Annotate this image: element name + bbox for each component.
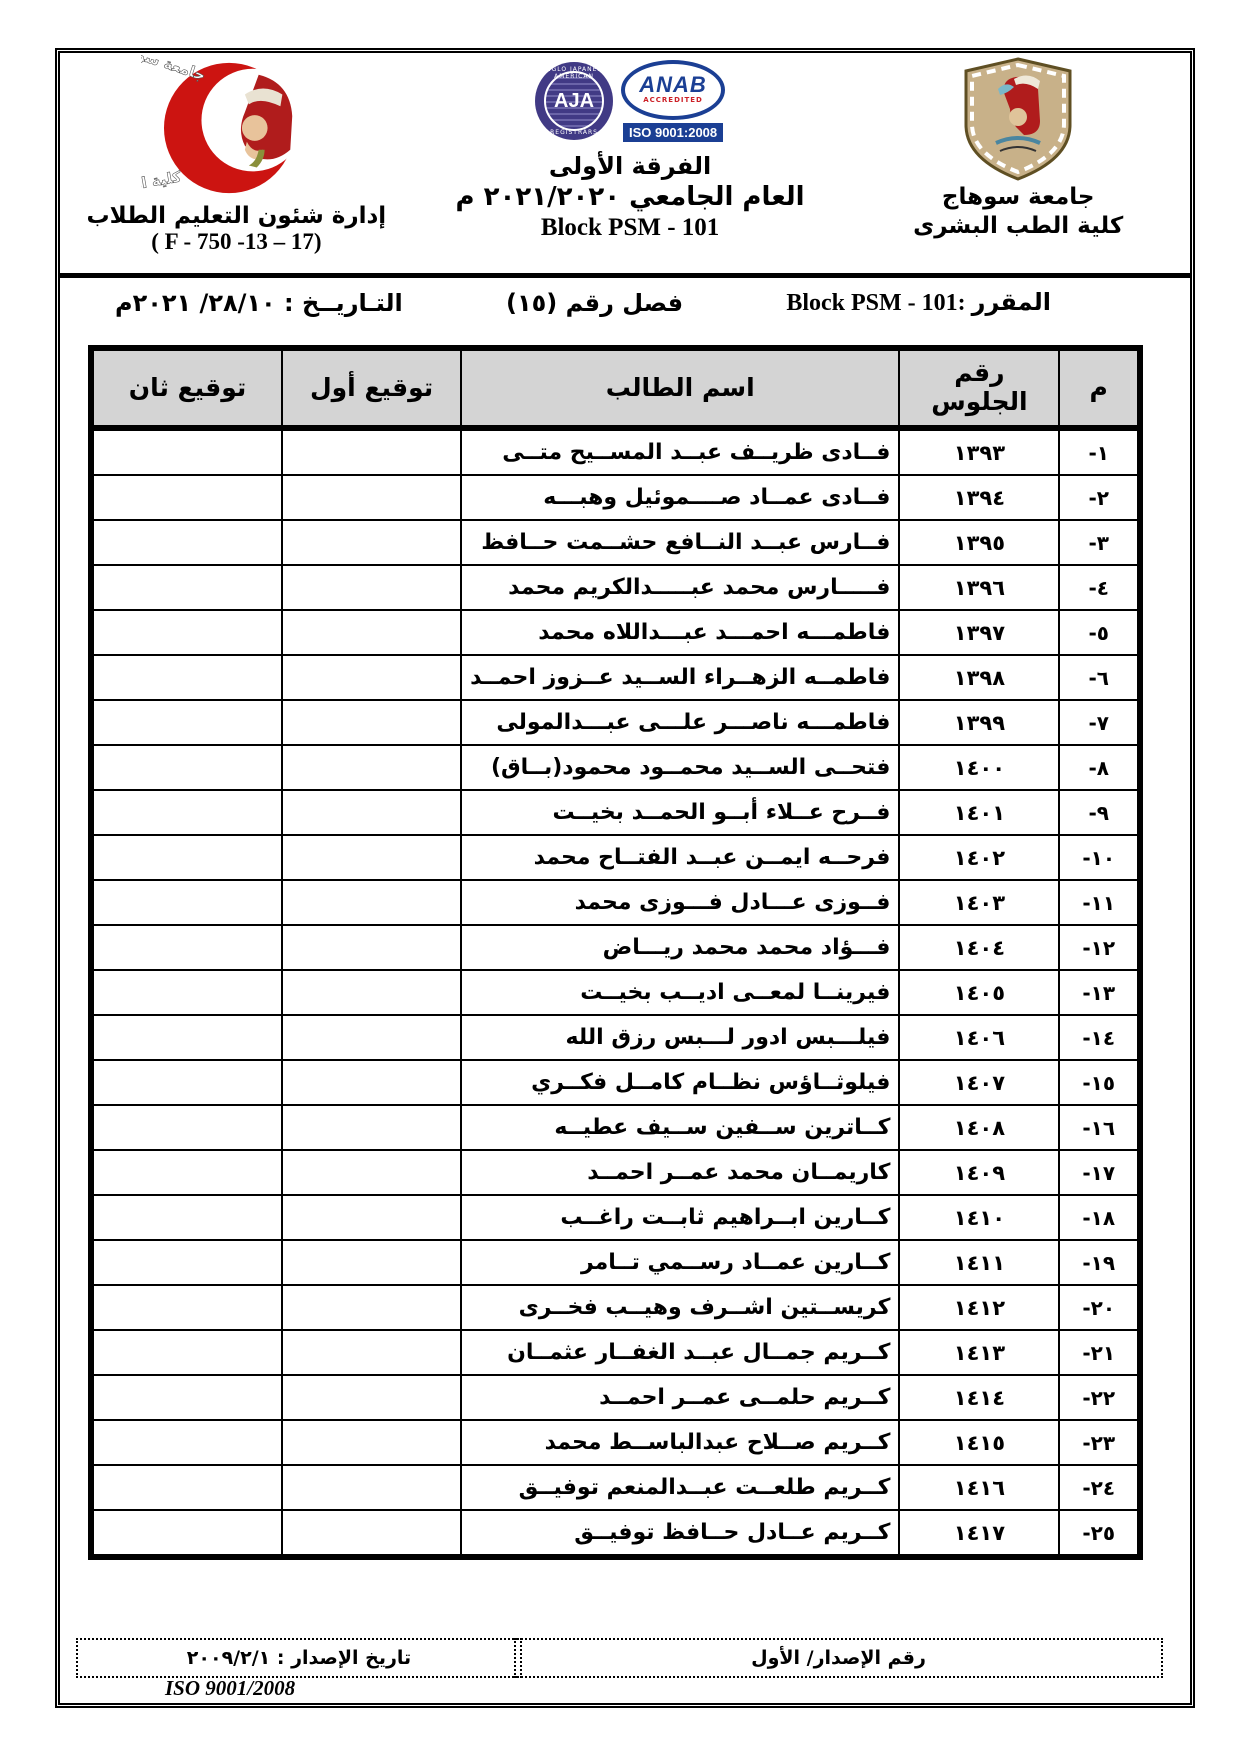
row-number-cell: ١٨-	[1059, 1195, 1140, 1240]
seat-number-cell: ١٤٠٦	[899, 1015, 1059, 1060]
faculty-name: كلية الطب البشرى	[913, 212, 1123, 241]
seat-number-cell: ١٤١٤	[899, 1375, 1059, 1420]
row-number-cell: ١٣-	[1059, 970, 1140, 1015]
first-signature-cell	[282, 565, 461, 610]
grade-title: الفرقة الأولى	[549, 151, 711, 182]
course-label: المقرر :Block PSM - 101	[786, 288, 1051, 317]
student-name-cell: فيلوثــاؤس نظــام كامــل فكــري	[461, 1060, 899, 1105]
anab-word: ANAB	[639, 74, 707, 96]
first-signature-cell	[282, 1465, 461, 1510]
row-number-cell: ٥-	[1059, 610, 1140, 655]
student-name-cell: كــريم حلمــى عمــر احمــد	[461, 1375, 899, 1420]
row-number-cell: ٢٠-	[1059, 1285, 1140, 1330]
seat-number-cell: ١٤٠٨	[899, 1105, 1059, 1150]
student-name-cell: فـــؤاد محمد محمد ريـــاض	[461, 925, 899, 970]
student-name-cell: كــريم طلعــت عبــدالمنعم توفيــق	[461, 1465, 899, 1510]
aja-word: AJA	[554, 90, 594, 113]
row-number-cell: ١٦-	[1059, 1105, 1140, 1150]
row-number-cell: ١٢-	[1059, 925, 1140, 970]
student-name-cell: فاطمـــه احمـــد عبـــداللاه محمد	[461, 610, 899, 655]
table-row: ٥- ١٣٩٧ فاطمـــه احمـــد عبـــداللاه محم…	[91, 610, 1140, 655]
table-row: ١٩- ١٤١١ كــارين عمــاد رســمي تــامر	[91, 1240, 1140, 1285]
section-label: فصل رقم (١٥)	[506, 289, 683, 317]
first-signature-cell	[282, 475, 461, 520]
first-signature-cell	[282, 700, 461, 745]
table-row: ٢- ١٣٩٤ فــادى عمــاد صــــموئيل وهبـــه	[91, 475, 1140, 520]
issue-number-box: رقم الإصدار/ الأول	[514, 1638, 1163, 1678]
second-signature-cell	[91, 655, 282, 700]
seat-number-cell: ١٤١١	[899, 1240, 1059, 1285]
iso-standard-label: ISO 9001/2008	[165, 1676, 295, 1701]
second-signature-cell	[91, 565, 282, 610]
table-row: ٦- ١٣٩٨ فاطمــه الزهــراء الســيد عــزوز…	[91, 655, 1140, 700]
table-row: ١٥- ١٤٠٧ فيلوثــاؤس نظــام كامــل فكــري	[91, 1060, 1140, 1105]
seat-number-cell: ١٣٩٣	[899, 428, 1059, 475]
svg-text:كلية الطب: كلية الطب	[141, 168, 183, 198]
course-info-row: المقرر :Block PSM - 101 فصل رقم (١٥) الت…	[115, 288, 1051, 317]
second-signature-cell	[91, 475, 282, 520]
first-signature-cell	[282, 1150, 461, 1195]
row-number-cell: ٢٥-	[1059, 1510, 1140, 1557]
second-signature-cell	[91, 790, 282, 835]
student-name-cell: فـــــارس محمد عبـــــدالكريم محمد	[461, 565, 899, 610]
first-signature-cell	[282, 1510, 461, 1557]
seat-number-cell: ١٣٩٤	[899, 475, 1059, 520]
second-signature-cell	[91, 520, 282, 565]
table-row: ١٨- ١٤١٠ كــارين ابــراهيم ثابــت راغــب	[91, 1195, 1140, 1240]
col-header-sig2: توقيع ثان	[91, 348, 282, 428]
student-name-cell: كــريم صــلاح عبدالباســط محمد	[461, 1420, 899, 1465]
student-name-cell: كريســتين اشــرف وهيــب فخــرى	[461, 1285, 899, 1330]
student-name-cell: فرحــه ايمــن عبــد الفتــاح محمد	[461, 835, 899, 880]
anab-iso-label: ISO 9001:2008	[623, 123, 723, 142]
seat-number-cell: ١٤١٥	[899, 1420, 1059, 1465]
first-signature-cell	[282, 1330, 461, 1375]
second-signature-cell	[91, 428, 282, 475]
table-row: ٨- ١٤٠٠ فتحــى الســيد محمــود محمود(بــ…	[91, 745, 1140, 790]
seat-number-cell: ١٤٠٢	[899, 835, 1059, 880]
student-name-cell: فــارس عبــد النــافع حشــمت حــافظ	[461, 520, 899, 565]
svg-text:جامعة سوهاج: جامعة سوهاج	[141, 55, 207, 84]
second-signature-cell	[91, 1195, 282, 1240]
row-number-cell: ١٥-	[1059, 1060, 1140, 1105]
certification-logos: ANAB ACCREDITED ISO 9001:2008 ANGLO JAPA…	[535, 55, 725, 147]
first-signature-cell	[282, 1240, 461, 1285]
header-right-block: جامعة سوهاج كلية الطب البشرى	[857, 55, 1179, 255]
second-signature-cell	[91, 835, 282, 880]
col-header-no: م	[1059, 348, 1140, 428]
student-roster-table: م رقم الجلوس اسم الطالب توقيع أول توقيع …	[88, 345, 1143, 1560]
second-signature-cell	[91, 925, 282, 970]
row-number-cell: ٢٣-	[1059, 1420, 1140, 1465]
seat-number-cell: ١٣٩٦	[899, 565, 1059, 610]
table-row: ٢٥- ١٤١٧ كــريم عــادل حــافظ توفيــق	[91, 1510, 1140, 1557]
second-signature-cell	[91, 1420, 282, 1465]
row-number-cell: ٩-	[1059, 790, 1140, 835]
first-signature-cell	[282, 970, 461, 1015]
row-number-cell: ٢-	[1059, 475, 1140, 520]
table-row: ٢١- ١٤١٣ كــريم جمــال عبــد الغفــار عث…	[91, 1330, 1140, 1375]
form-code-label: ( F - 750 -13 – 17)	[151, 229, 321, 255]
second-signature-cell	[91, 1330, 282, 1375]
table-row: ٩- ١٤٠١ فــرح عــلاء أبــو الحمــد بخيــ…	[91, 790, 1140, 835]
second-signature-cell	[91, 880, 282, 925]
table-row: ٤- ١٣٩٦ فـــــارس محمد عبـــــدالكريم مح…	[91, 565, 1140, 610]
row-number-cell: ٢٤-	[1059, 1465, 1140, 1510]
row-number-cell: ٤-	[1059, 565, 1140, 610]
table-row: ٢٠- ١٤١٢ كريســتين اشــرف وهيــب فخــرى	[91, 1285, 1140, 1330]
anab-accredited-label: ACCREDITED	[643, 96, 703, 106]
first-signature-cell	[282, 880, 461, 925]
table-row: ١- ١٣٩٣ فــادى ظريــف عبــد المســيح متـ…	[91, 428, 1140, 475]
second-signature-cell	[91, 1510, 282, 1557]
first-signature-cell	[282, 1420, 461, 1465]
academic-year: العام الجامعي ٢٠٢١/٢٠٢٠ م	[456, 182, 805, 213]
second-signature-cell	[91, 1015, 282, 1060]
row-number-cell: ٢١-	[1059, 1330, 1140, 1375]
col-header-name: اسم الطالب	[461, 348, 899, 428]
issue-date-box: تاريخ الإصدار : ٢٠٠٩/٢/١	[76, 1638, 522, 1678]
first-signature-cell	[282, 790, 461, 835]
second-signature-cell	[91, 1240, 282, 1285]
second-signature-cell	[91, 700, 282, 745]
first-signature-cell	[282, 1105, 461, 1150]
table-row: ٢٣- ١٤١٥ كــريم صــلاح عبدالباســط محمد	[91, 1420, 1140, 1465]
aja-ring-top-label: ANGLO JAPANESE AMERICAN	[535, 66, 613, 80]
student-name-cell: فــادى ظريــف عبــد المســيح متــى	[461, 428, 899, 475]
faculty-shield-logo	[958, 55, 1078, 183]
student-name-cell: كــريم جمــال عبــد الغفــار عثمــان	[461, 1330, 899, 1375]
student-name-cell: فــوزى عـــادل فـــوزى محمد	[461, 880, 899, 925]
header-center-block: ANAB ACCREDITED ISO 9001:2008 ANGLO JAPA…	[403, 55, 858, 255]
second-signature-cell	[91, 1465, 282, 1510]
first-signature-cell	[282, 655, 461, 700]
student-name-cell: كــاترين ســفين ســيف عطيــه	[461, 1105, 899, 1150]
seat-number-cell: ١٤١٠	[899, 1195, 1059, 1240]
block-title: Block PSM - 101	[541, 213, 719, 243]
second-signature-cell	[91, 970, 282, 1015]
student-name-cell: فاطمــه الزهــراء الســيد عــزوز احمــد	[461, 655, 899, 700]
seat-number-cell: ١٣٩٩	[899, 700, 1059, 745]
seat-number-cell: ١٤٠٧	[899, 1060, 1059, 1105]
table-row: ٢٢- ١٤١٤ كــريم حلمــى عمــر احمــد	[91, 1375, 1140, 1420]
seat-number-cell: ١٣٩٧	[899, 610, 1059, 655]
row-number-cell: ١١-	[1059, 880, 1140, 925]
seat-number-cell: ١٤٠٩	[899, 1150, 1059, 1195]
university-crescent-logo: جامعة سوهاج كلية الطب	[141, 55, 331, 201]
seat-number-cell: ١٤٠١	[899, 790, 1059, 835]
row-number-cell: ١٩-	[1059, 1240, 1140, 1285]
student-name-cell: كــريم عــادل حــافظ توفيــق	[461, 1510, 899, 1557]
first-signature-cell	[282, 925, 461, 970]
row-number-cell: ٨-	[1059, 745, 1140, 790]
seat-number-cell: ١٤٠٣	[899, 880, 1059, 925]
table-row: ٣- ١٣٩٥ فــارس عبــد النــافع حشــمت حــ…	[91, 520, 1140, 565]
table-row: ١٣- ١٤٠٥ فيرينــا لمعــى اديــب بخيــت	[91, 970, 1140, 1015]
seat-number-cell: ١٤٠٥	[899, 970, 1059, 1015]
first-signature-cell	[282, 1015, 461, 1060]
table-row: ٧- ١٣٩٩ فاطمـــه ناصـــر علـــى عبـــدال…	[91, 700, 1140, 745]
col-header-seat: رقم الجلوس	[899, 348, 1059, 428]
table-row: ١٧- ١٤٠٩ كاريمــان محمد عمــر احمــد	[91, 1150, 1140, 1195]
row-number-cell: ١٧-	[1059, 1150, 1140, 1195]
first-signature-cell	[282, 745, 461, 790]
aja-inner-circle: AJA	[544, 71, 604, 131]
table-row: ٢٤- ١٤١٦ كــريم طلعــت عبــدالمنعم توفيـ…	[91, 1465, 1140, 1510]
table-row: ١٦- ١٤٠٨ كــاترين ســفين ســيف عطيــه	[91, 1105, 1140, 1150]
document-header: جامعة سوهاج كلية الطب البشرى ANAB ACCRED…	[70, 55, 1179, 255]
seat-number-cell: ١٣٩٨	[899, 655, 1059, 700]
admin-dept-label: إدارة شئون التعليم الطلاب	[87, 203, 387, 229]
seat-number-cell: ١٤١٣	[899, 1330, 1059, 1375]
student-name-cell: فاطمـــه ناصـــر علـــى عبـــدالمولى	[461, 700, 899, 745]
student-name-cell: فــرح عــلاء أبــو الحمــد بخيــت	[461, 790, 899, 835]
seat-number-cell: ١٤١٧	[899, 1510, 1059, 1557]
first-signature-cell	[282, 610, 461, 655]
student-name-cell: فتحــى الســيد محمــود محمود(بــاق)	[461, 745, 899, 790]
issue-date-label: تاريخ الإصدار : ٢٠٠٩/٢/١	[187, 1647, 411, 1669]
header-left-block: جامعة سوهاج كلية الطب إدارة شئون التعليم…	[70, 55, 403, 255]
seat-number-cell: ١٤١٢	[899, 1285, 1059, 1330]
table-row: ١٤- ١٤٠٦ فيلـــبس ادور لـــبس رزق الله	[91, 1015, 1140, 1060]
row-number-cell: ٢٢-	[1059, 1375, 1140, 1420]
seat-number-cell: ١٤٠٠	[899, 745, 1059, 790]
date-label: التـاريــخ : ٢٨/١٠/ ٢٠٢١م	[115, 289, 403, 317]
seat-number-cell: ١٤٠٤	[899, 925, 1059, 970]
seat-number-cell: ١٣٩٥	[899, 520, 1059, 565]
document-page: جامعة سوهاج كلية الطب البشرى ANAB ACCRED…	[0, 0, 1241, 1754]
anab-oval-icon: ANAB ACCREDITED	[621, 60, 725, 120]
first-signature-cell	[282, 1060, 461, 1105]
first-signature-cell	[282, 520, 461, 565]
table-row: ١٢- ١٤٠٤ فـــؤاد محمد محمد ريـــاض	[91, 925, 1140, 970]
first-signature-cell	[282, 1285, 461, 1330]
student-name-cell: كــارين ابــراهيم ثابــت راغــب	[461, 1195, 899, 1240]
seat-number-cell: ١٤١٦	[899, 1465, 1059, 1510]
aja-logo: ANGLO JAPANESE AMERICAN AJA REGISTRARS	[535, 62, 613, 140]
first-signature-cell	[282, 428, 461, 475]
university-name: جامعة سوهاج	[942, 183, 1095, 212]
anab-logo: ANAB ACCREDITED ISO 9001:2008	[621, 60, 725, 142]
student-name-cell: كاريمــان محمد عمــر احمــد	[461, 1150, 899, 1195]
second-signature-cell	[91, 1285, 282, 1330]
second-signature-cell	[91, 1150, 282, 1195]
row-number-cell: ٣-	[1059, 520, 1140, 565]
first-signature-cell	[282, 1375, 461, 1420]
table-row: ١٠- ١٤٠٢ فرحــه ايمــن عبــد الفتــاح مح…	[91, 835, 1140, 880]
student-name-cell: كــارين عمــاد رســمي تــامر	[461, 1240, 899, 1285]
issue-number-label: رقم الإصدار/ الأول	[751, 1647, 926, 1669]
second-signature-cell	[91, 1105, 282, 1150]
second-signature-cell	[91, 745, 282, 790]
row-number-cell: ١-	[1059, 428, 1140, 475]
row-number-cell: ٧-	[1059, 700, 1140, 745]
col-header-sig1: توقيع أول	[282, 348, 461, 428]
header-separator-rule	[59, 273, 1191, 278]
table-row: ١١- ١٤٠٣ فــوزى عـــادل فـــوزى محمد	[91, 880, 1140, 925]
aja-ring-bottom-label: REGISTRARS	[535, 129, 613, 136]
first-signature-cell	[282, 1195, 461, 1240]
row-number-cell: ١٠-	[1059, 835, 1140, 880]
second-signature-cell	[91, 1375, 282, 1420]
row-number-cell: ١٤-	[1059, 1015, 1140, 1060]
table-header-row: م رقم الجلوس اسم الطالب توقيع أول توقيع …	[91, 348, 1140, 428]
second-signature-cell	[91, 1060, 282, 1105]
row-number-cell: ٦-	[1059, 655, 1140, 700]
student-name-cell: فيرينــا لمعــى اديــب بخيــت	[461, 970, 899, 1015]
student-name-cell: فيلـــبس ادور لـــبس رزق الله	[461, 1015, 899, 1060]
student-name-cell: فــادى عمــاد صــــموئيل وهبـــه	[461, 475, 899, 520]
second-signature-cell	[91, 610, 282, 655]
first-signature-cell	[282, 835, 461, 880]
